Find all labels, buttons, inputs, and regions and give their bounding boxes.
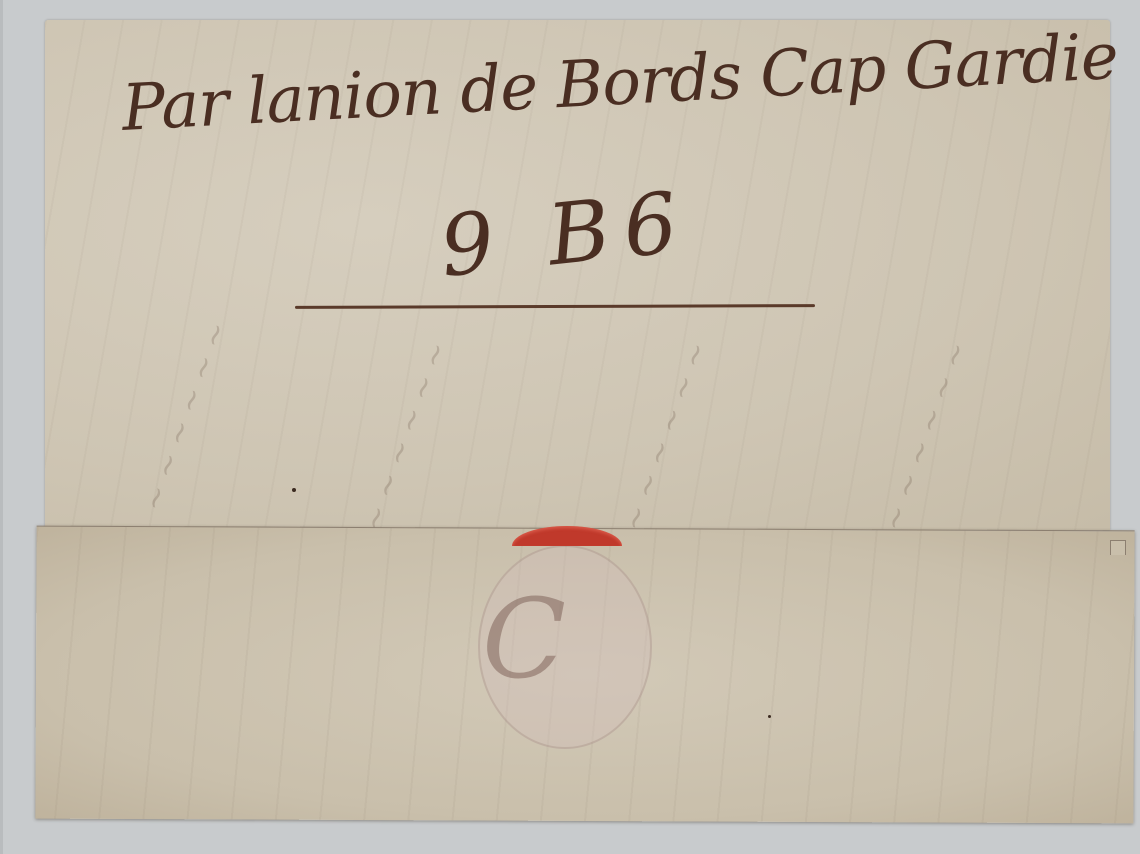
seal-impression-mark: C — [482, 575, 566, 703]
fold-corner — [1110, 540, 1126, 555]
bleed-through-text: ~ ~ ~ ~ ~ ~ — [345, 333, 467, 539]
ink-dot — [768, 715, 771, 718]
bleed-through-text: ~ ~ ~ ~ ~ ~ — [605, 333, 727, 539]
ink-dot — [292, 488, 296, 492]
photo-border — [0, 0, 3, 854]
bleed-through-text: ~ ~ ~ ~ ~ ~ — [865, 333, 987, 539]
bleed-through-text: ~ ~ ~ ~ ~ ~ — [125, 313, 247, 519]
